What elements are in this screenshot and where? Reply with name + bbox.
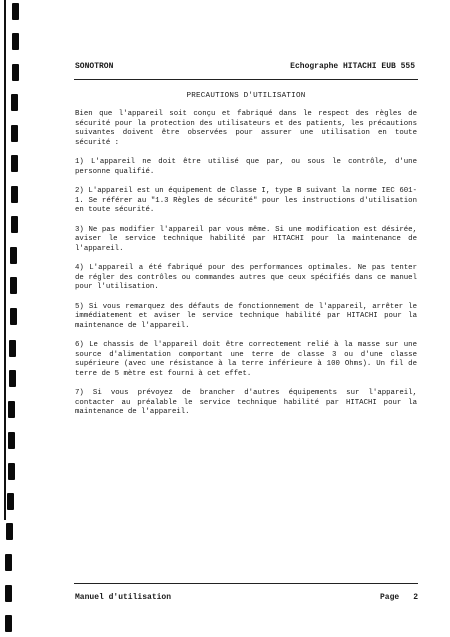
page-number-block: Page2 xyxy=(380,593,418,602)
binding-hole xyxy=(8,401,15,418)
binding-hole xyxy=(5,615,12,632)
binding-hole xyxy=(11,94,18,111)
footer-manual-title: Manuel d'utilisation xyxy=(75,593,171,602)
binding-holes xyxy=(0,0,20,637)
precaution-item-6: 6) Le chassis de l'appareil doit être co… xyxy=(75,341,417,379)
binding-hole xyxy=(11,216,18,233)
header-device: Echographe HITACHI EUB 555 xyxy=(290,62,415,71)
binding-hole xyxy=(8,463,15,480)
footer-divider xyxy=(74,583,418,584)
precaution-item-7: 7) Si vous prévoyez de brancher d'autres… xyxy=(75,389,417,418)
precaution-item-3: 3) Ne pas modifier l'appareil par vous m… xyxy=(75,226,417,255)
binding-hole xyxy=(11,186,18,203)
binding-hole xyxy=(10,277,17,294)
binding-hole xyxy=(6,523,13,540)
intro-paragraph: Bien que l'appareil soit conçu et fabriq… xyxy=(75,110,417,148)
page-label: Page xyxy=(380,593,399,602)
header-company: SONOTRON xyxy=(75,62,113,71)
binding-hole xyxy=(5,585,12,602)
binding-hole xyxy=(10,247,17,264)
page-number: 2 xyxy=(413,593,418,602)
binding-hole xyxy=(9,340,16,357)
document-body: Bien que l'appareil soit conçu et fabriq… xyxy=(75,110,417,428)
binding-hole xyxy=(7,493,14,510)
page-header: SONOTRON Echographe HITACHI EUB 555 xyxy=(75,62,415,71)
header-divider xyxy=(74,79,418,80)
binding-hole xyxy=(12,33,19,50)
precaution-item-2: 2) L'appareil est un équipement de Class… xyxy=(75,187,417,216)
scanned-document-page: SONOTRON Echographe HITACHI EUB 555 PREC… xyxy=(0,0,450,637)
binding-hole xyxy=(5,554,12,571)
binding-hole xyxy=(11,125,18,142)
binding-hole xyxy=(12,64,19,81)
binding-hole xyxy=(11,155,18,172)
precaution-item-5: 5) Si vous remarquez des défauts de fonc… xyxy=(75,303,417,332)
binding-hole xyxy=(10,308,17,325)
binding-hole xyxy=(12,3,19,20)
binding-hole xyxy=(8,432,15,449)
page-title: PRECAUTIONS D'UTILISATION xyxy=(75,92,417,100)
precaution-item-4: 4) L'appareil a été fabriqué pour des pe… xyxy=(75,264,417,293)
page-footer: Manuel d'utilisation Page2 xyxy=(75,593,418,602)
precaution-item-1: 1) L'appareil ne doit être utilisé que p… xyxy=(75,158,417,177)
binding-hole xyxy=(9,370,16,387)
